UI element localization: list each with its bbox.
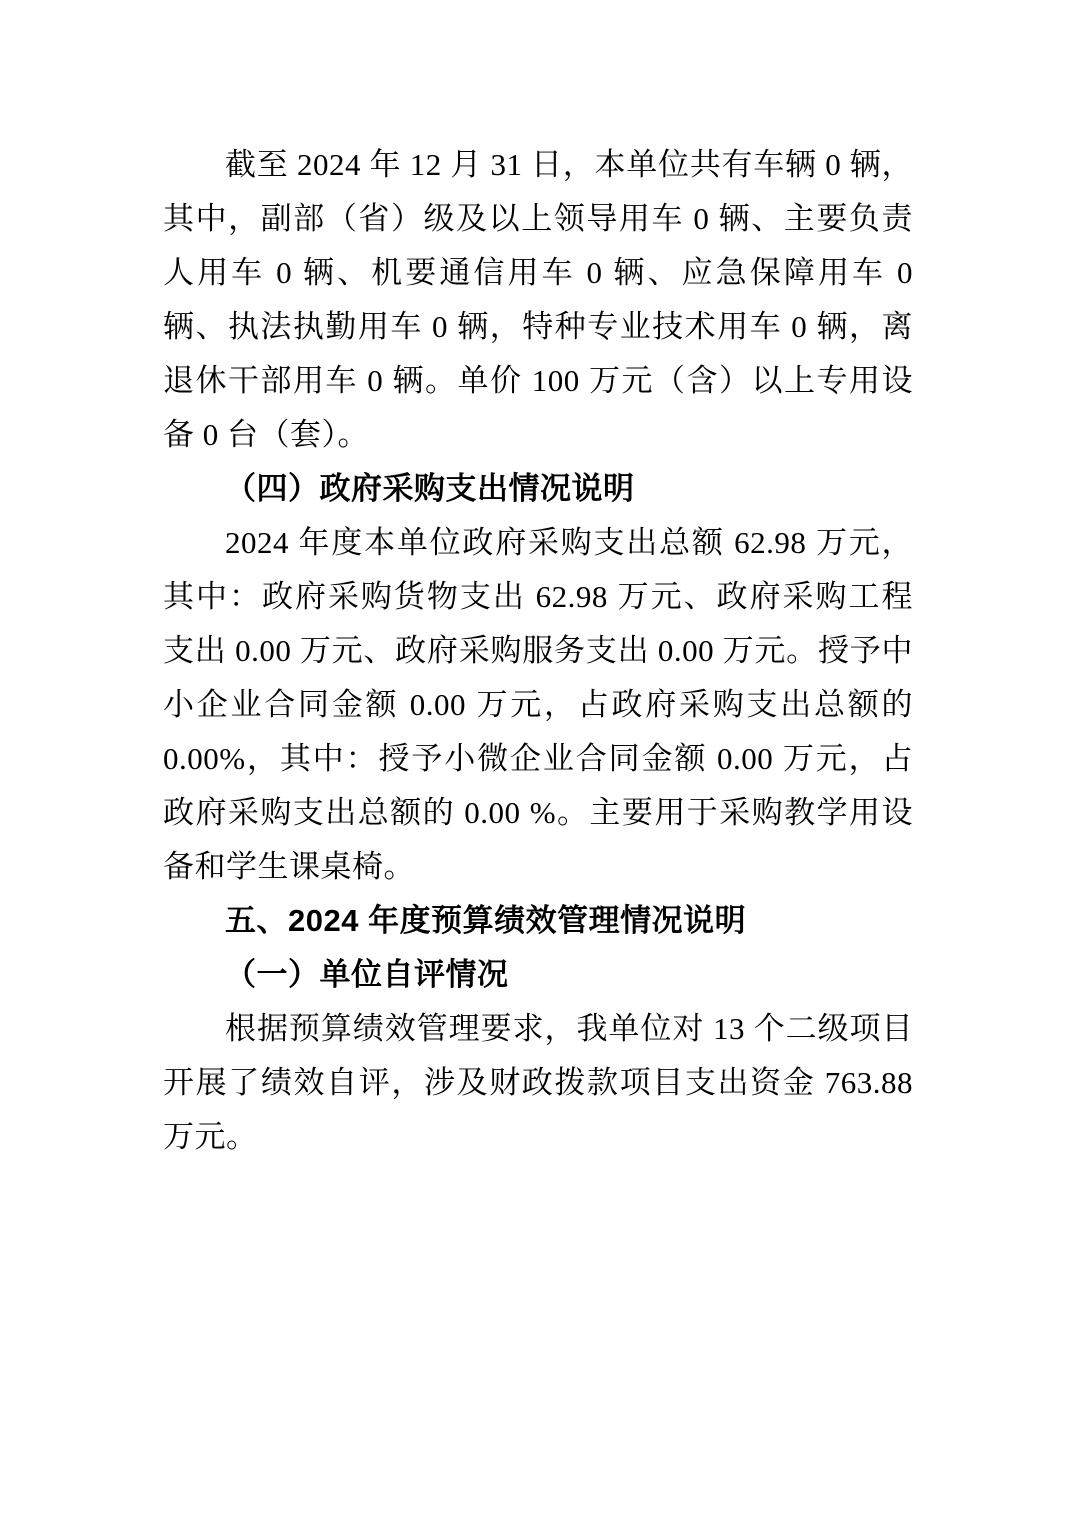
document-body: 截至 2024 年 12 月 31 日，本单位共有车辆 0 辆，其中，副部（省）… xyxy=(163,138,913,1164)
paragraph-procurement-details: 2024 年度本单位政府采购支出总额 62.98 万元，其中：政府采购货物支出 … xyxy=(163,516,913,894)
document-page: 截至 2024 年 12 月 31 日，本单位共有车辆 0 辆，其中，副部（省）… xyxy=(0,0,1075,1520)
heading-section-5-budget-performance: 五、2024 年度预算绩效管理情况说明 xyxy=(163,894,913,948)
heading-section-4-gov-procurement: （四）政府采购支出情况说明 xyxy=(163,462,913,516)
paragraph-vehicle-info: 截至 2024 年 12 月 31 日，本单位共有车辆 0 辆，其中，副部（省）… xyxy=(163,138,913,462)
paragraph-self-evaluation-details: 根据预算绩效管理要求，我单位对 13 个二级项目开展了绩效自评，涉及财政拨款项目… xyxy=(163,1002,913,1164)
heading-subsection-1-self-evaluation: （一）单位自评情况 xyxy=(163,948,913,1002)
